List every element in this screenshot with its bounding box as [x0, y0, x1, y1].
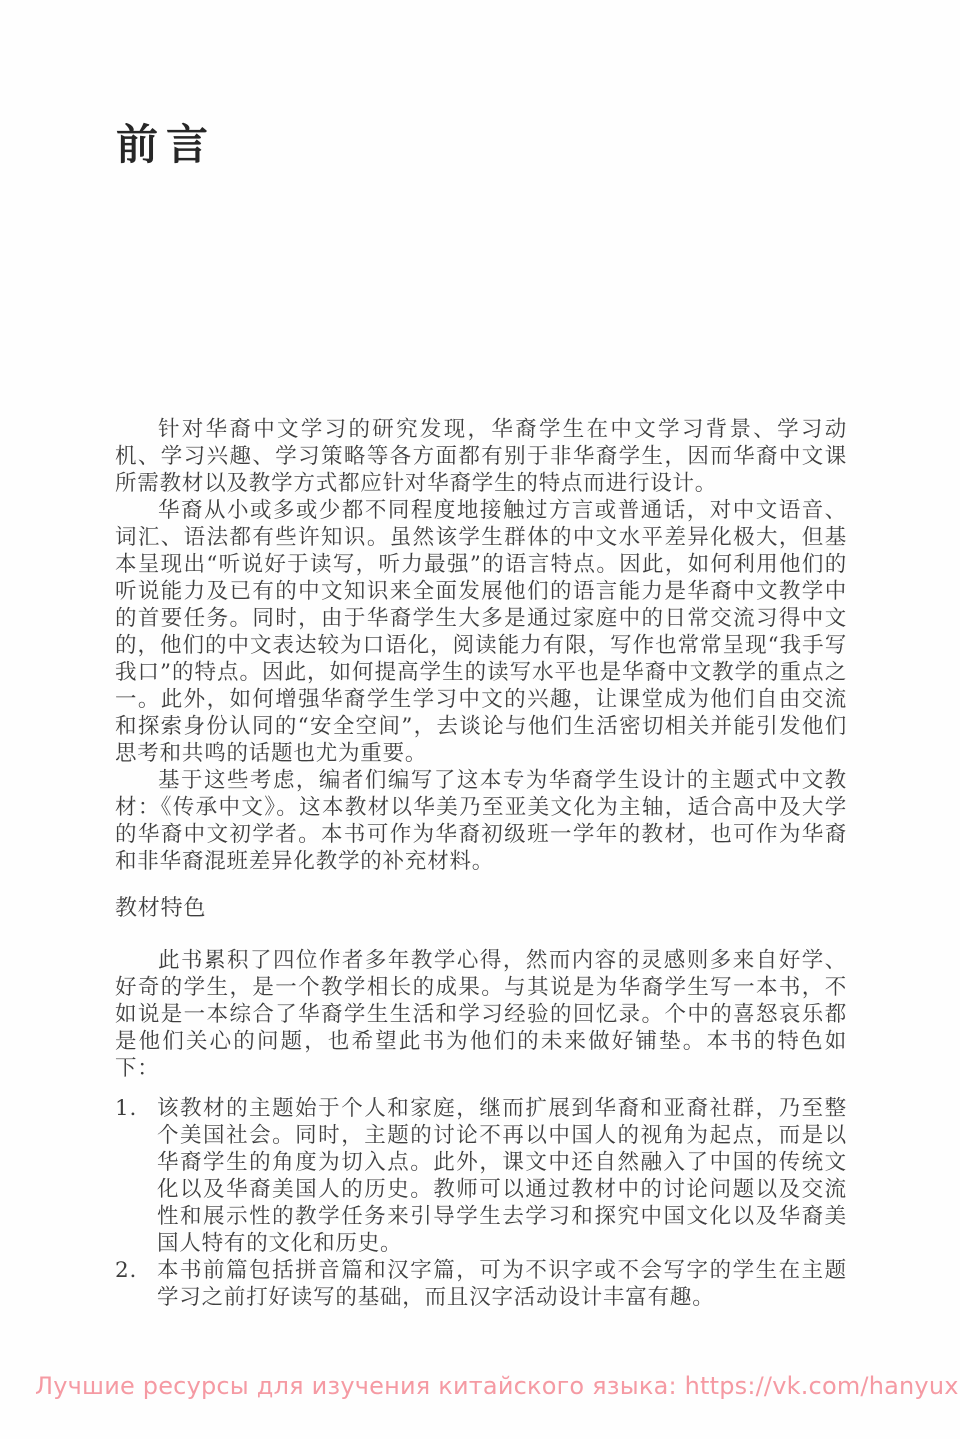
list-item: 1. 该教材的主题始于个人和家庭，继而扩展到华裔和亚裔社群，乃至整个美国社会。同…: [115, 1095, 847, 1257]
list-item-number: 1.: [115, 1095, 157, 1122]
footer-watermark: Лучшие ресурсы для изучения китайского я…: [35, 1372, 960, 1400]
paragraph-1: 针对华裔中文学习的研究发现，华裔学生在中文学习背景、学习动机、学习兴趣、学习策略…: [115, 416, 847, 497]
paragraph-2: 华裔从小或多或少都不同程度地接触过方言或普通话，对中文语音、词汇、语法都有些许知…: [115, 497, 847, 767]
list-item-text: 本书前篇包括拼音篇和汉字篇，可为不识字或不会写字的学生在主题学习之前打好读写的基…: [157, 1257, 847, 1311]
paragraph-3: 基于这些考虑，编者们编写了这本专为华裔学生设计的主题式中文教材：《传承中文》。这…: [115, 767, 847, 875]
feature-list: 1. 该教材的主题始于个人和家庭，继而扩展到华裔和亚裔社群，乃至整个美国社会。同…: [115, 1095, 847, 1311]
list-item-number: 2.: [115, 1257, 157, 1284]
list-item: 2. 本书前篇包括拼音篇和汉字篇，可为不识字或不会写字的学生在主题学习之前打好读…: [115, 1257, 847, 1311]
page-title: 前言: [116, 112, 216, 172]
section-intro-paragraph: 此书累积了四位作者多年教学心得，然而内容的灵感则多来自好学、好奇的学生，是一个教…: [115, 947, 847, 1082]
page-body: 针对华裔中文学习的研究发现，华裔学生在中文学习背景、学习动机、学习兴趣、学习策略…: [115, 416, 847, 1311]
list-item-text: 该教材的主题始于个人和家庭，继而扩展到华裔和亚裔社群，乃至整个美国社会。同时，主…: [157, 1095, 847, 1257]
book-page: 前言 针对华裔中文学习的研究发现，华裔学生在中文学习背景、学习动机、学习兴趣、学…: [0, 0, 960, 1439]
section-heading-features: 教材特色: [115, 875, 847, 947]
